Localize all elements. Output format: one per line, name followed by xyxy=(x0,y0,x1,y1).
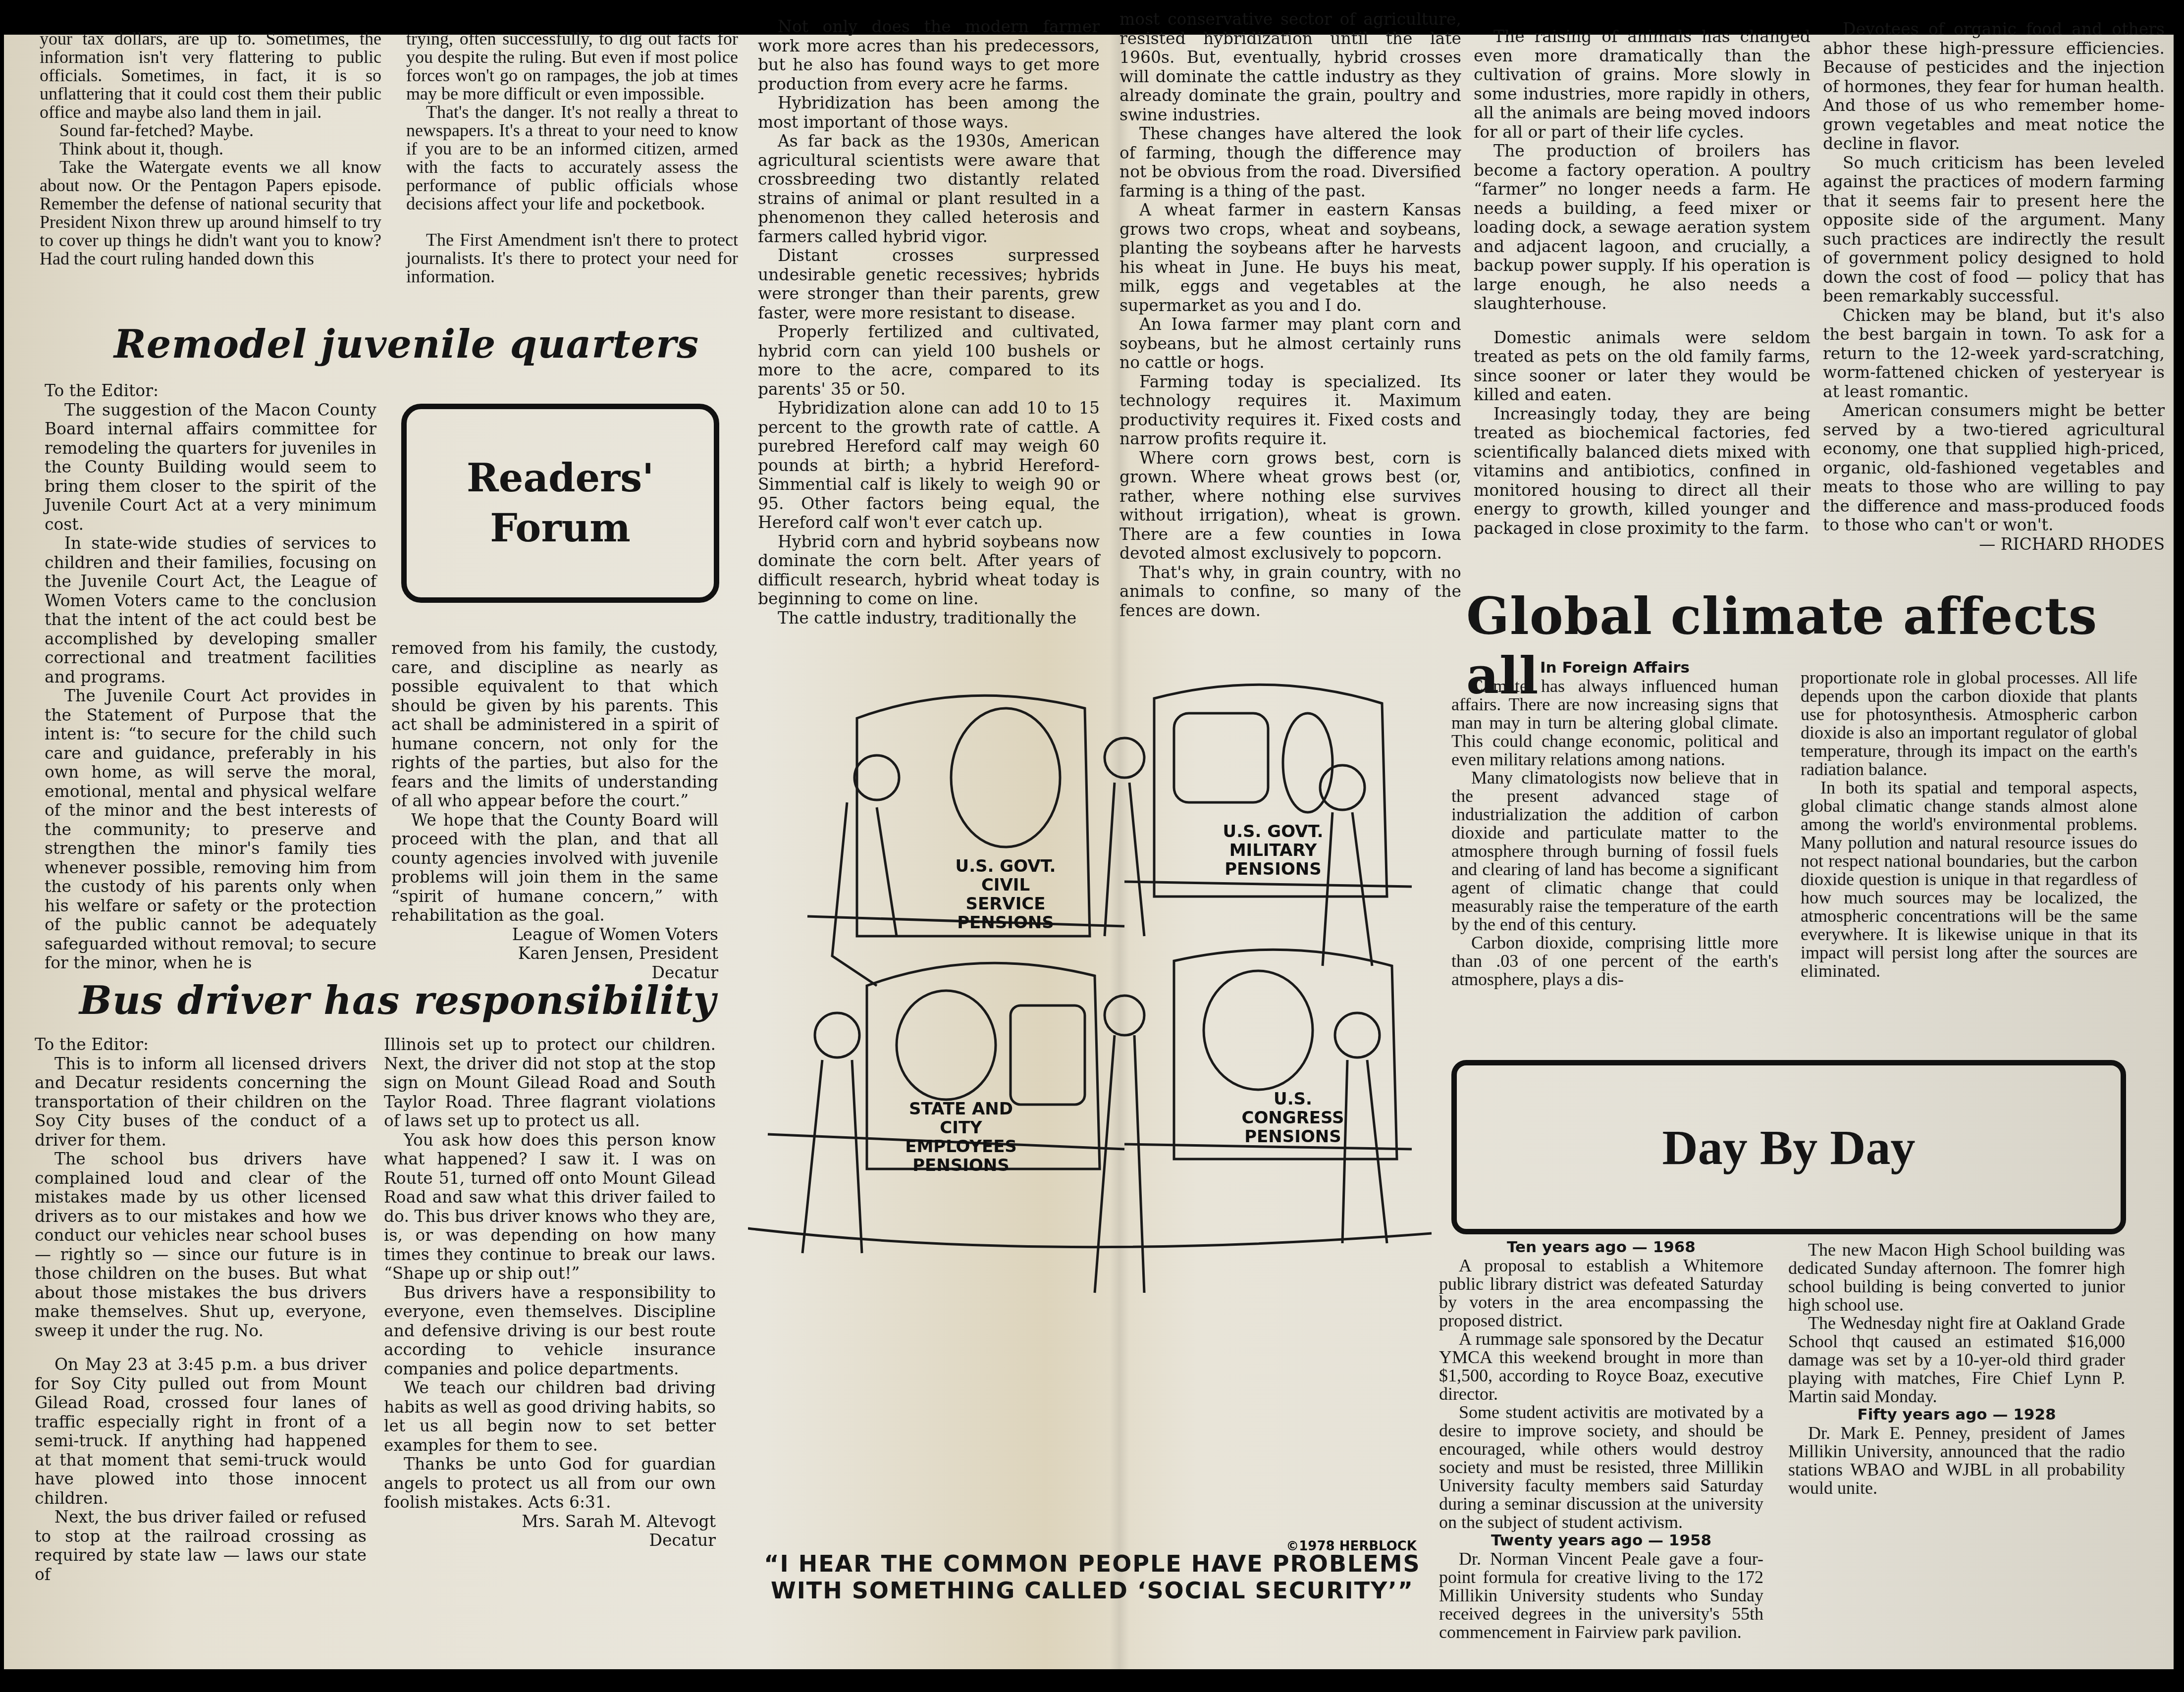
state-label: STATE ANDCITYEMPLOYEESPENSIONS xyxy=(905,1099,1017,1175)
signature-name: Mrs. Sarah M. Altevogt xyxy=(384,1512,716,1532)
readers-forum-title-2: Forum xyxy=(490,506,630,551)
farm-article-col-d: Devotees of organic food and others abho… xyxy=(1823,20,2165,554)
congress-label: U.S.CONGRESSPENSIONS xyxy=(1241,1089,1344,1147)
paragraph: The raising of animals has changed even … xyxy=(1474,27,1811,142)
press-freedom-col2: trying, often successfully, to dig out f… xyxy=(406,30,738,286)
paragraph: Many climatologists now believe that in … xyxy=(1451,769,1778,934)
paragraph: The cattle industry, traditionally the xyxy=(758,609,1100,628)
caption-line-2: WITH SOMETHING CALLED ‘SOCIAL SECURITY’” xyxy=(763,1577,1422,1604)
bus-letter-right: Illinois set up to protect our children.… xyxy=(384,1035,716,1550)
paragraph: These changes have altered the look of f… xyxy=(1119,124,1461,201)
cartoon-caption: “I HEAR THE COMMON PEOPLE HAVE PROBLEMS … xyxy=(763,1550,1422,1604)
paragraph: That's why, in grain country, with no an… xyxy=(1119,563,1461,621)
paragraph: A proposal to establish a Whitemore publ… xyxy=(1439,1257,1763,1330)
paragraph: Illinois set up to protect our children.… xyxy=(384,1035,716,1131)
paragraph: In state-wide studies of services to chi… xyxy=(45,534,376,687)
paragraph: most conservative sector of agriculture,… xyxy=(1119,10,1461,124)
signature-org: League of Women Voters xyxy=(391,925,718,945)
paragraph: The suggestion of the Macon County Board… xyxy=(45,401,376,534)
paragraph: Hybrid corn and hybrid soybeans now domi… xyxy=(758,532,1100,609)
signature-name: Karen Jensen, President xyxy=(391,944,718,963)
paragraph: Chicken may be bland, but it's also the … xyxy=(1823,306,2165,402)
paragraph: Thanks be unto God for guardian angels t… xyxy=(384,1455,716,1512)
farm-article-col-b: most conservative sector of agriculture,… xyxy=(1119,10,1461,620)
paragraph: A rummage sale sponsored by the Decatur … xyxy=(1439,1330,1763,1403)
salutation: To the Editor: xyxy=(45,381,376,401)
paragraph: Farming today is specialized. Its techno… xyxy=(1119,372,1461,449)
paragraph: Devotees of organic food and others abho… xyxy=(1823,20,2165,154)
paragraph: An Iowa farmer may plant corn and soybea… xyxy=(1119,315,1461,372)
editorial-cartoon: U.S. GOVT.CIVILSERVICEPENSIONS U.S. GOVT… xyxy=(748,659,1432,1580)
day-by-day-box: Day By Day xyxy=(1451,1060,2126,1234)
paragraph: your tax dollars, are up to. Sometimes, … xyxy=(40,30,381,121)
paragraph: That's the danger. It's not really a thr… xyxy=(406,103,738,213)
remodel-headline: Remodel juvenile quarters xyxy=(114,322,699,367)
paragraph: Properly fertilized and cultivated, hybr… xyxy=(758,322,1100,399)
day-by-day-col-b: The new Macon High School building was d… xyxy=(1788,1241,2125,1497)
readers-forum-title-1: Readers' xyxy=(467,456,654,501)
paragraph: Sound far-fetched? Maybe. xyxy=(40,121,381,140)
paragraph: In both its spatial and temporal aspects… xyxy=(1801,779,2137,980)
remodel-letter-left: To the Editor: The suggestion of the Mac… xyxy=(45,381,376,973)
paragraph: Bus drivers have a responsibility to eve… xyxy=(384,1283,716,1379)
bus-letter-left: To the Editor: This is to inform all lic… xyxy=(35,1035,367,1584)
readers-forum-box: Readers' Forum xyxy=(401,404,719,603)
paragraph: removed from his family, the custody, ca… xyxy=(391,639,718,811)
paragraph: Climate has always influenced human affa… xyxy=(1451,677,1778,769)
paragraph: proportionate role in global processes. … xyxy=(1801,669,2137,779)
paragraph: The production of broilers has become a … xyxy=(1474,142,1811,314)
paragraph: Distant crosses surpressed undesirable g… xyxy=(758,246,1100,322)
scan-border xyxy=(0,1669,2184,1692)
paragraph: You ask how does this person know what h… xyxy=(384,1131,716,1283)
farm-article-col-c: The raising of animals has changed even … xyxy=(1474,27,1811,538)
civil-label: U.S. GOVT.CIVILSERVICEPENSIONS xyxy=(956,856,1056,933)
paragraph: On May 23 at 3:45 p.m. a bus driver for … xyxy=(35,1355,367,1508)
climate-source: In Foreign Affairs xyxy=(1451,659,1778,677)
paragraph: Think about it, though. xyxy=(40,140,381,158)
paragraph: Increasingly today, they are being treat… xyxy=(1474,405,1811,538)
climate-col-a: In Foreign Affairs Climate has always in… xyxy=(1451,659,1778,989)
salutation: To the Editor: xyxy=(35,1035,367,1055)
paragraph: So much criticism has been leveled again… xyxy=(1823,154,2165,306)
paragraph: Hybridization alone can add 10 to 15 per… xyxy=(758,399,1100,532)
day-by-day-col-a: Ten years ago — 1968 A proposal to estab… xyxy=(1439,1238,1763,1641)
paragraph: trying, often successfully, to dig out f… xyxy=(406,30,738,103)
remodel-letter-right: removed from his family, the custody, ca… xyxy=(391,639,718,982)
twenty-years-heading: Twenty years ago — 1958 xyxy=(1439,1532,1763,1550)
paragraph: Not only does the modern farmer work mor… xyxy=(758,17,1100,94)
military-label: U.S. GOVT.MILITARYPENSIONS xyxy=(1223,822,1324,879)
paragraph: Carbon dioxide, comprising little more t… xyxy=(1451,934,1778,989)
paragraph: A wheat farmer in eastern Kansas grows t… xyxy=(1119,201,1461,315)
farm-article-col-a: Not only does the modern farmer work mor… xyxy=(758,17,1100,628)
paragraph: Next, the bus driver failed or refused t… xyxy=(35,1508,367,1584)
paragraph: Dr. Norman Vincent Peale gave a four-poi… xyxy=(1439,1550,1763,1641)
paragraph: We hope that the County Board will proce… xyxy=(391,811,718,925)
paragraph: The Juvenile Court Act provides in the S… xyxy=(45,687,376,973)
bus-headline: Bus driver has responsibility xyxy=(79,978,716,1023)
paragraph: The First Amendment isn't there to prote… xyxy=(406,231,738,286)
paragraph: Domestic animals were seldom treated as … xyxy=(1474,328,1811,405)
paragraph: American consumers might be better serve… xyxy=(1823,401,2165,535)
fifty-years-heading: Fifty years ago — 1928 xyxy=(1788,1406,2125,1424)
paragraph: We teach our children bad driving habits… xyxy=(384,1378,716,1455)
paragraph: The school bus drivers have complained l… xyxy=(35,1150,367,1340)
signature-city: Decatur xyxy=(384,1531,716,1550)
climate-col-b: proportionate role in global processes. … xyxy=(1801,669,2137,980)
press-freedom-col1: your tax dollars, are up to. Sometimes, … xyxy=(40,30,381,268)
ten-years-heading: Ten years ago — 1968 xyxy=(1439,1238,1763,1257)
paragraph: This is to inform all licensed drivers a… xyxy=(35,1055,367,1150)
day-by-day-title: Day By Day xyxy=(1662,1119,1915,1176)
paragraph: Hybridization has been among the most im… xyxy=(758,94,1100,132)
paragraph: Dr. Mark E. Penney, president of James M… xyxy=(1788,1424,2125,1497)
paragraph: As far back as the 1930s, American agric… xyxy=(758,132,1100,246)
paragraph: The Wednesday night fire at Oakland Grad… xyxy=(1788,1314,2125,1406)
paragraph: Where corn grows best, corn is grown. Wh… xyxy=(1119,449,1461,563)
caption-line-1: “I HEAR THE COMMON PEOPLE HAVE PROBLEMS xyxy=(763,1550,1422,1577)
byline: — RICHARD RHODES xyxy=(1823,535,2165,554)
paragraph: Some student activitis are motivated by … xyxy=(1439,1403,1763,1532)
paragraph: Take the Watergate events we all know ab… xyxy=(40,158,381,268)
paragraph: The new Macon High School building was d… xyxy=(1788,1241,2125,1314)
